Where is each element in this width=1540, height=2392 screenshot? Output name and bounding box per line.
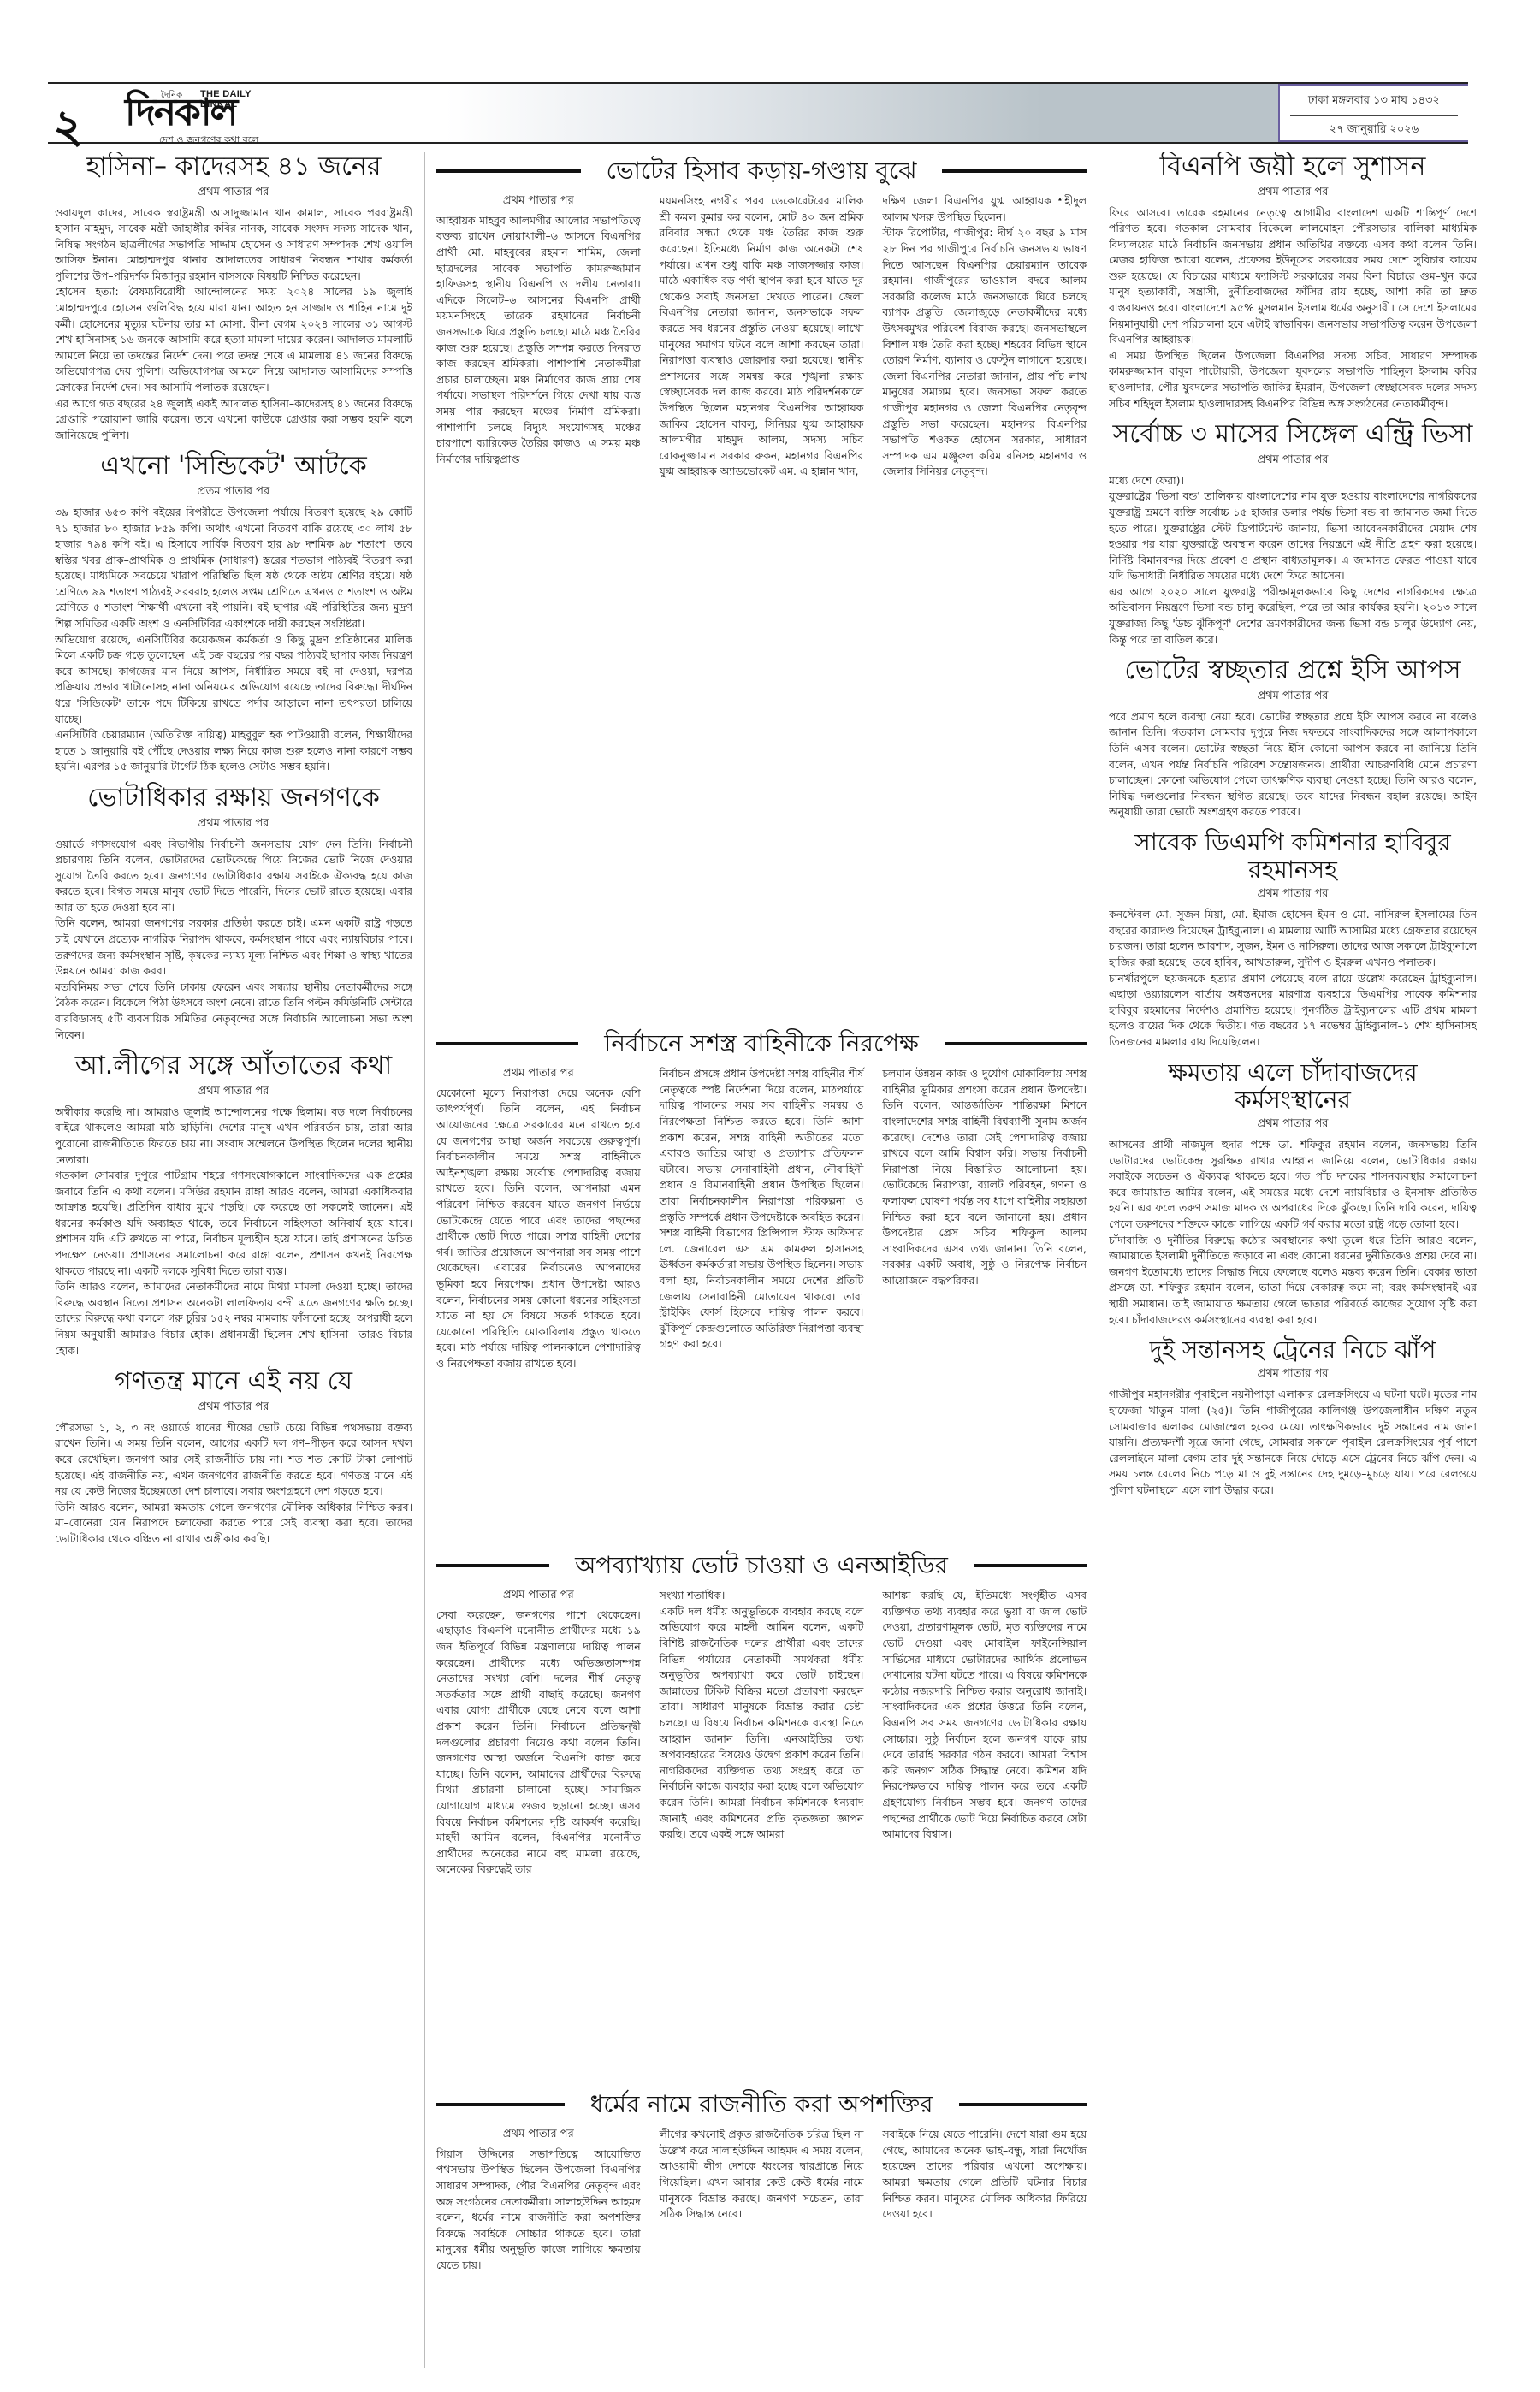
paragraph: দক্ষিণ জেলা বিএনপির যুগ্ম আহ্বায়ক শহীদু… bbox=[882, 193, 1087, 225]
continued-label: প্রতম পাতার পর bbox=[55, 483, 412, 501]
continued-label: প্রথম পাতার পর bbox=[1109, 688, 1477, 706]
article-dmp-commissioner: সাবেক ডিএমপি কমিশনার হাবিবুর রহমানসহ প্র… bbox=[1109, 829, 1477, 1051]
article-syndicate: এখনো 'সিন্ডিকেট' আটকে প্রতম পাতার পর ৩৯ … bbox=[55, 452, 412, 775]
headline-rule-left bbox=[436, 2103, 565, 2106]
headline[interactable]: ভোটাধিকার রক্ষায় জনগণকে bbox=[55, 784, 412, 814]
article-body: পরে প্রমাণ হলে ব্যবস্থা নেয়া হবে। ভোটের… bbox=[1109, 709, 1477, 820]
continued-label: প্রথম পাতার পর bbox=[55, 184, 412, 202]
center-section: ভোটের হিসাব কড়ায়-গণ্ডায় বুঝে প্রথম পা… bbox=[436, 152, 1087, 2377]
article-column: চলমান উন্নয়ন কাজ ও দুর্যোগ মোকাবিলায় স… bbox=[882, 1066, 1087, 1371]
paragraph: যুক্তরাষ্ট্রের 'ভিসা বন্ড' তালিকায় বাংল… bbox=[1109, 488, 1477, 584]
headline[interactable]: ভোটের স্বচ্ছতার প্রশ্নে ইসি আপস bbox=[1109, 656, 1477, 686]
article-awami-league-alliance: আ.লীগের সঙ্গে আঁতাতের কথা প্রথম পাতার পর… bbox=[55, 1051, 412, 1359]
paragraph: তিনি বলেন, আমরা জনগণের সরকার প্রতিষ্ঠা ক… bbox=[55, 915, 412, 979]
headline-rule-right bbox=[974, 1564, 1087, 1567]
article-column: লীগের কখনোই প্রকৃত রাজনৈতিক চরিত্র ছিল ন… bbox=[660, 2127, 864, 2273]
article-column: নির্বাচন প্রসঙ্গে প্রধান উপদেষ্টা সশস্ত্… bbox=[660, 1066, 864, 1371]
paragraph: গাজীপুর মহানগরীর পূবাইলে নয়নীপাড়া এলাক… bbox=[1109, 1387, 1477, 1498]
article-body: ওবায়দুল কাদের, সাবেক স্বরাষ্ট্রমন্ত্রী … bbox=[55, 205, 412, 444]
article-body: ৩৯ হাজার ৬৫৩ কপি বইয়ের বিপরীতে উপজেলা প… bbox=[55, 505, 412, 775]
date-box: ঢাকা মঙ্গলবার ১৩ মাঘ ১৪৩২ ২৭ জানুয়ারি ২… bbox=[1278, 84, 1468, 142]
headline[interactable]: ক্ষমতায় এলে চাঁদাবাজদের কর্মসংস্থানের bbox=[1109, 1059, 1477, 1114]
continued-label: প্রথম পাতার পর bbox=[1109, 452, 1477, 470]
date-english: ২৭ জানুয়ারি ২০২৬ bbox=[1280, 121, 1468, 139]
continued-label: প্রথম পাতার পর bbox=[1109, 1116, 1477, 1134]
headline[interactable]: ভোটের হিসাব কড়ায়-গণ্ডায় বুঝে bbox=[607, 157, 917, 185]
headline[interactable]: আ.লীগের সঙ্গে আঁতাতের কথা bbox=[55, 1051, 412, 1081]
article-body: পৌরসভা ১, ২, ৩ নং ওয়ার্ডে ধানের শীষের ভ… bbox=[55, 1420, 412, 1548]
paragraph: তিনি আরও বলেন, আমাদের নেতাকর্মীদের নামে … bbox=[55, 1279, 412, 1359]
paragraph: তিনি আরও বলেন, আমরা ক্ষমতায় গেলে জনগণের… bbox=[55, 1500, 412, 1548]
headline[interactable]: গণতন্ত্র মানে এই নয় যে bbox=[55, 1367, 412, 1397]
paragraph: যেকোনো মূল্যে নিরাপত্তা দেয়ে অনেক বেশি … bbox=[436, 1086, 641, 1372]
article-columns: প্রথম পাতার পর গিয়াস উদ্দিনের সভাপতিত্ব… bbox=[436, 2127, 1087, 2273]
article-body: ফিরে আসবে। তারেক রহমানের নেতৃত্বে আগামীর… bbox=[1109, 205, 1477, 412]
paragraph: পরে প্রমাণ হলে ব্যবস্থা নেয়া হবে। ভোটের… bbox=[1109, 709, 1477, 820]
continued-label: প্রথম পাতার পর bbox=[436, 2127, 641, 2143]
continued-label: প্রথম পাতার পর bbox=[55, 1083, 412, 1101]
article-column: দক্ষিণ জেলা বিএনপির যুগ্ম আহ্বায়ক শহীদু… bbox=[882, 193, 1087, 480]
article-extortionists-employment: ক্ষমতায় এলে চাঁদাবাজদের কর্মসংস্থানের প… bbox=[1109, 1059, 1477, 1329]
article-columns: প্রথম পাতার পর সেবা করেছেন, জনগণের পাশে … bbox=[436, 1588, 1087, 1878]
paragraph: ফিরে আসবে। তারেক রহমানের নেতৃত্বে আগামীর… bbox=[1109, 205, 1477, 348]
right-column: বিএনপি জয়ী হলে সুশাসন প্রথম পাতার পর ফি… bbox=[1109, 152, 1477, 2377]
newspaper-logo: দৈনিক THE DAILY DINKAL দিনকাল দেশ ও জনগণ… bbox=[125, 86, 287, 144]
article-column: ময়মনসিংহ নগরীর পরব ডেকোরেটরের মালিক শ্র… bbox=[660, 193, 864, 480]
article-columns: প্রথম পাতার পর আহ্বায়ক মাহবুব আলমগীর আল… bbox=[436, 193, 1087, 480]
paragraph: চলমান উন্নয়ন কাজ ও দুর্যোগ মোকাবিলায় স… bbox=[882, 1066, 1087, 1288]
headline-row: নির্বাচনে সশস্ত্র বাহিনীকে নিরপেক্ষ bbox=[436, 1030, 1087, 1057]
paragraph: মধ্যে দেশে ফেরা)। bbox=[1109, 473, 1477, 489]
paragraph: ওবায়দুল কাদের, সাবেক স্বরাষ্ট্রমন্ত্রী … bbox=[55, 205, 412, 285]
article-religion-politics: ধর্মের নামে রাজনীতি করা অপশক্তির প্রথম প… bbox=[436, 2086, 1087, 2377]
article-column: সংখ্যা শতাধিক। একটি দল ধর্মীয় অনুভূতিকে… bbox=[660, 1588, 864, 1878]
headline-row: অপব্যাখ্যায় ভোট চাওয়া ও এনআইডির bbox=[436, 1552, 1087, 1579]
paragraph: ওয়ার্ডে গণসংযোগ এবং বিভাগীয় নির্বাচনী … bbox=[55, 837, 412, 916]
headline-rule-right bbox=[942, 169, 1087, 173]
paragraph: এর আগে ২০২০ সালে যুক্তরাষ্ট্র পরীক্ষামূল… bbox=[1109, 584, 1477, 648]
article-column: প্রথম পাতার পর সেবা করেছেন, জনগণের পাশে … bbox=[436, 1588, 641, 1878]
paragraph: পৌরসভা ১, ২, ৩ নং ওয়ার্ডে ধানের শীষের ভ… bbox=[55, 1420, 412, 1500]
article-train-jump: দুই সন্তানসহ ট্রেনের নিচে ঝাঁপ প্রথম পাত… bbox=[1109, 1336, 1477, 1498]
paragraph: এ সময় উপস্থিত ছিলেন উপজেলা বিএনপির সদস্… bbox=[1109, 348, 1477, 411]
headline-row: ভোটের হিসাব কড়ায়-গণ্ডায় বুঝে bbox=[436, 157, 1087, 185]
headline[interactable]: সর্বোচ্চ ৩ মাসের সিঙ্গেল এন্ট্রি ভিসা bbox=[1109, 420, 1477, 450]
article-body: মধ্যে দেশে ফেরা)। যুক্তরাষ্ট্রের 'ভিসা ব… bbox=[1109, 473, 1477, 648]
headline[interactable]: নির্বাচনে সশস্ত্র বাহিনীকে নিরপেক্ষ bbox=[604, 1030, 919, 1057]
headline[interactable]: বিএনপি জয়ী হলে সুশাসন bbox=[1109, 152, 1477, 182]
article-body: অস্বীকার করেছি না। আমরাও জুলাই আন্দোলনের… bbox=[55, 1104, 412, 1359]
article-body: গাজীপুর মহানগরীর পূবাইলে নয়নীপাড়া এলাক… bbox=[1109, 1387, 1477, 1498]
column-divider bbox=[424, 152, 425, 2368]
paragraph: সবাইকে নিয়ে যেতে পারেনি। দেশে যারা গুম … bbox=[882, 2127, 1087, 2223]
headline-rule-right bbox=[945, 1042, 1087, 1045]
article-body: কনস্টেবল মো. সুজন মিয়া, মো. ইমাজ হোসেন … bbox=[1109, 907, 1477, 1050]
article-bnp-good-governance: বিএনপি জয়ী হলে সুশাসন প্রথম পাতার পর ফি… bbox=[1109, 152, 1477, 411]
paragraph: আহ্বায়ক মাহবুব আলমগীর আলোর সভাপতিত্বে ব… bbox=[436, 213, 641, 468]
paragraph: স্টাফ রিপোর্টার, গাজীপুর: দীর্ঘ ২০ বছর ৯… bbox=[882, 225, 1087, 480]
paragraph: মতবিনিময় সভা শেষে তিনি ঢাকায় ফেরেন এবং… bbox=[55, 980, 412, 1043]
headline[interactable]: সাবেক ডিএমপি কমিশনার হাবিবুর রহমানসহ bbox=[1109, 829, 1477, 884]
paragraph: আসনের প্রার্থী নাজমুল হুদার পক্ষে ডা. শফ… bbox=[1109, 1137, 1477, 1233]
continued-label: প্রথম পাতার পর bbox=[436, 1588, 641, 1604]
paragraph: ৩৯ হাজার ৬৫৩ কপি বইয়ের বিপরীতে উপজেলা প… bbox=[55, 505, 412, 632]
headline[interactable]: হাসিনা– কাদেরসহ ৪১ জনের bbox=[55, 152, 412, 182]
paragraph: অস্বীকার করেছি না। আমরাও জুলাই আন্দোলনের… bbox=[55, 1104, 412, 1168]
headline-rule-left bbox=[436, 1564, 549, 1567]
paragraph: আশঙ্কা করছি যে, ইতিমধ্যে সংগৃহীত এসব ব্য… bbox=[882, 1588, 1087, 1843]
article-hasina-kader: হাসিনা– কাদেরসহ ৪১ জনের প্রথম পাতার পর ও… bbox=[55, 152, 412, 443]
left-column: হাসিনা– কাদেরসহ ৪১ জনের প্রথম পাতার পর ও… bbox=[55, 152, 412, 2377]
paragraph: নির্বাচন প্রসঙ্গে প্রধান উপদেষ্টা সশস্ত্… bbox=[660, 1066, 864, 1353]
headline-row: ধর্মের নামে রাজনীতি করা অপশক্তির bbox=[436, 2091, 1087, 2118]
headline-rule-left bbox=[436, 169, 581, 173]
headline[interactable]: এখনো 'সিন্ডিকেট' আটকে bbox=[55, 452, 412, 482]
article-columns: প্রথম পাতার পর যেকোনো মূল্যে নিরাপত্তা দ… bbox=[436, 1066, 1087, 1371]
article-body: আসনের প্রার্থী নাজমুল হুদার পক্ষে ডা. শফ… bbox=[1109, 1137, 1477, 1328]
article-armed-forces: নির্বাচনে সশস্ত্র বাহিনীকে নিরপেক্ষ প্রথ… bbox=[436, 1025, 1087, 1538]
article-column: প্রথম পাতার পর যেকোনো মূল্যে নিরাপত্তা দ… bbox=[436, 1066, 641, 1371]
article-single-entry-visa: সর্বোচ্চ ৩ মাসের সিঙ্গেল এন্ট্রি ভিসা প্… bbox=[1109, 420, 1477, 648]
paragraph: একটি দল ধর্মীয় অনুভূতিকে ব্যবহার করছে ব… bbox=[660, 1604, 864, 1843]
continued-label: প্রথম পাতার পর bbox=[1109, 885, 1477, 903]
article-body: ওয়ার্ডে গণসংযোগ এবং বিভাগীয় নির্বাচনী … bbox=[55, 837, 412, 1044]
headline-rule-left bbox=[436, 1042, 578, 1045]
logo-tagline: দেশ ও জনগণের কথা বলে bbox=[159, 133, 258, 149]
article-column: প্রথম পাতার পর আহ্বায়ক মাহবুব আলমগীর আল… bbox=[436, 193, 641, 480]
paragraph: ময়মনসিংহ নগরীর পরব ডেকোরেটরের মালিক শ্র… bbox=[660, 193, 864, 480]
logo-main-text: দিনকাল bbox=[125, 94, 236, 132]
paragraph: এনসিটিবি চেয়ারম্যান (অতিরিক্ত দায়িত্ব)… bbox=[55, 727, 412, 775]
continued-label: প্রথম পাতার পর bbox=[436, 1066, 641, 1082]
paragraph: চানখাঁরপুলে ছয়জনকে হত্যার প্রমাণ পেয়েছ… bbox=[1109, 971, 1477, 1051]
article-ec-transparency: ভোটের স্বচ্ছতার প্রশ্নে ইসি আপস প্রথম পা… bbox=[1109, 656, 1477, 820]
paragraph: হোসেন হত্যা: বৈষম্যবিরোধী আন্দোলনের সময়… bbox=[55, 284, 412, 395]
continued-label: প্রথম পাতার পর bbox=[1109, 184, 1477, 202]
paragraph: গিয়াস উদ্দিনের সভাপতিত্বে আয়োজিত পথসভা… bbox=[436, 2146, 641, 2274]
paragraph: অভিযোগ রয়েছে, এনসিটিবির কয়েকজন কর্মকর্… bbox=[55, 632, 412, 728]
article-democracy: গণতন্ত্র মানে এই নয় যে প্রথম পাতার পর প… bbox=[55, 1367, 412, 1547]
continued-label: প্রথম পাতার পর bbox=[55, 815, 412, 833]
continued-label: প্রথম পাতার পর bbox=[436, 193, 641, 210]
article-vote-count: ভোটের হিসাব কড়ায়-গণ্ডায় বুঝে প্রথম পা… bbox=[436, 152, 1087, 1016]
headline[interactable]: ধর্মের নামে রাজনীতি করা অপশক্তির bbox=[590, 2091, 933, 2118]
article-column: আশঙ্কা করছি যে, ইতিমধ্যে সংগৃহীত এসব ব্য… bbox=[882, 1588, 1087, 1878]
article-column: প্রথম পাতার পর গিয়াস উদ্দিনের সভাপতিত্ব… bbox=[436, 2127, 641, 2273]
paragraph: গতকাল সোমবার দুপুরে পাটগ্রাম শহরে গণসংযো… bbox=[55, 1168, 412, 1279]
paragraph: কনস্টেবল মো. সুজন মিয়া, মো. ইমাজ হোসেন … bbox=[1109, 907, 1477, 970]
paragraph: সংখ্যা শতাধিক। bbox=[660, 1588, 864, 1604]
headline[interactable]: অপব্যাখ্যায় ভোট চাওয়া ও এনআইডির bbox=[575, 1552, 948, 1579]
paragraph: এর আগে গত বছরের ২৪ জুলাই একই আদালত হাসিন… bbox=[55, 396, 412, 444]
paragraph: লীগের কখনোই প্রকৃত রাজনৈতিক চরিত্র ছিল ন… bbox=[660, 2127, 864, 2223]
headline-rule-right bbox=[959, 2103, 1087, 2106]
date-bangla: ঢাকা মঙ্গলবার ১৩ মাঘ ১৪৩২ bbox=[1290, 92, 1458, 116]
paragraph: সেবা করেছেন, জনগণের পাশে থেকেছেন। এছাড়া… bbox=[436, 1607, 641, 1878]
article-column: সবাইকে নিয়ে যেতে পারেনি। দেশে যারা গুম … bbox=[882, 2127, 1087, 2273]
column-divider bbox=[1099, 152, 1099, 2368]
article-voting-rights: ভোটাধিকার রক্ষায় জনগণকে প্রথম পাতার পর … bbox=[55, 784, 412, 1043]
article-misinterpretation-nid: অপব্যাখ্যায় ভোট চাওয়া ও এনআইডির প্রথম … bbox=[436, 1547, 1087, 2077]
paragraph: চাঁদাবাজি ও দুর্নীতির বিরুদ্ধে কঠোর অবস্… bbox=[1109, 1233, 1477, 1329]
continued-label: প্রথম পাতার পর bbox=[55, 1399, 412, 1417]
headline[interactable]: দুই সন্তানসহ ট্রেনের নিচে ঝাঁপ bbox=[1109, 1336, 1477, 1364]
masthead: ২ দৈনিক THE DAILY DINKAL দিনকাল দেশ ও জন… bbox=[48, 82, 1468, 144]
continued-label: প্রথম পাতার পর bbox=[1109, 1365, 1477, 1383]
